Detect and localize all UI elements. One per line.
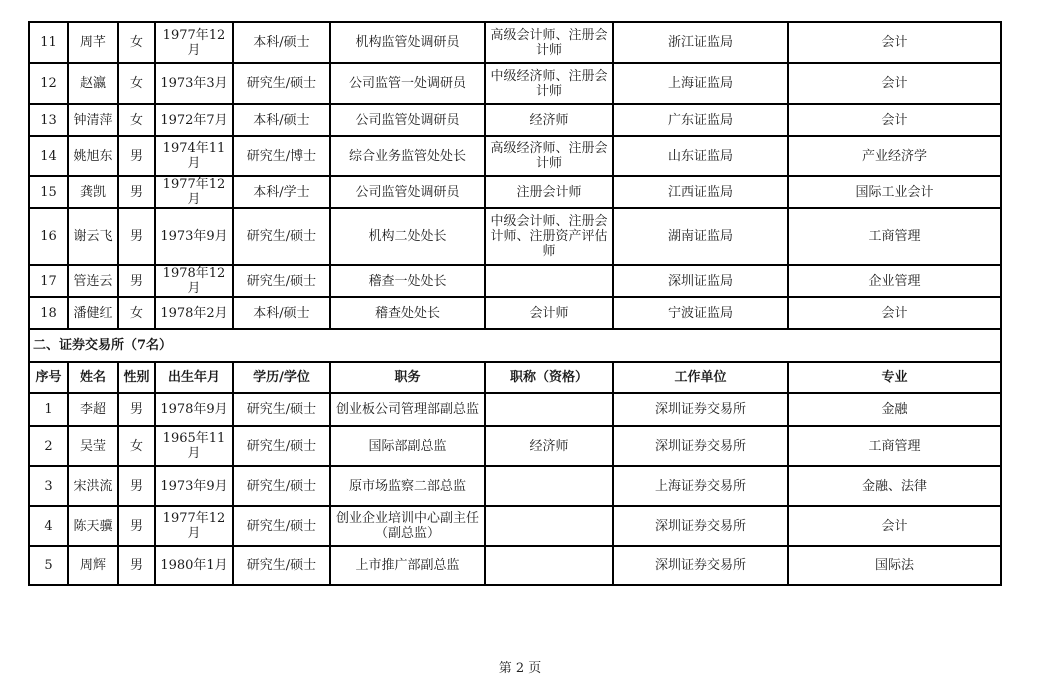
cell-birth: 1977年12月: [155, 22, 233, 63]
cell-position: 国际部副总监: [330, 426, 485, 466]
cell-education: 本科/硕士: [233, 297, 330, 329]
header-birth: 出生年月: [155, 362, 233, 393]
cell-unit: 深圳证券交易所: [613, 426, 788, 466]
cell-major: 金融: [788, 393, 1001, 426]
cell-unit: 广东证监局: [613, 104, 788, 136]
cell-name: 姚旭东: [68, 136, 118, 176]
cell-position: 稽查处处长: [330, 297, 485, 329]
page-number: 第 2 页: [0, 657, 1040, 676]
section-title-row: 二、证券交易所（7名）: [29, 329, 1001, 362]
cell-position: 原市场监察二部总监: [330, 466, 485, 506]
table-row: 18 潘健红 女 1978年2月 本科/硕士 稽查处处长 会计师 宁波证监局 会…: [29, 297, 1001, 329]
cell-major: 会计: [788, 104, 1001, 136]
cell-birth: 1978年9月: [155, 393, 233, 426]
cell-no: 5: [29, 546, 68, 585]
cell-no: 11: [29, 22, 68, 63]
section-title: 二、证券交易所（7名）: [29, 329, 1001, 362]
cell-birth: 1978年2月: [155, 297, 233, 329]
cell-title: 高级会计师、注册会计师: [485, 22, 613, 63]
cell-name: 李超: [68, 393, 118, 426]
header-unit: 工作单位: [613, 362, 788, 393]
cell-position: 公司监管处调研员: [330, 176, 485, 208]
cell-birth: 1980年1月: [155, 546, 233, 585]
cell-position: 公司监管一处调研员: [330, 63, 485, 104]
cell-birth: 1973年9月: [155, 208, 233, 265]
cell-major: 会计: [788, 63, 1001, 104]
cell-unit: 深圳证监局: [613, 265, 788, 297]
header-name: 姓名: [68, 362, 118, 393]
cell-position: 稽查一处处长: [330, 265, 485, 297]
cell-position: 机构二处处长: [330, 208, 485, 265]
cell-gender: 男: [118, 506, 155, 546]
cell-birth: 1974年11月: [155, 136, 233, 176]
cell-title: 注册会计师: [485, 176, 613, 208]
table-row: 17 管连云 男 1978年12月 研究生/硕士 稽查一处处长 深圳证监局 企业…: [29, 265, 1001, 297]
header-major: 专业: [788, 362, 1001, 393]
cell-gender: 女: [118, 104, 155, 136]
cell-no: 18: [29, 297, 68, 329]
cell-position: 公司监管处调研员: [330, 104, 485, 136]
cell-major: 产业经济学: [788, 136, 1001, 176]
cell-birth: 1977年12月: [155, 176, 233, 208]
cell-gender: 男: [118, 176, 155, 208]
cell-name: 周芊: [68, 22, 118, 63]
cell-education: 研究生/硕士: [233, 393, 330, 426]
cell-major: 工商管理: [788, 208, 1001, 265]
cell-major: 国际工业会计: [788, 176, 1001, 208]
cell-position: 综合业务监管处处长: [330, 136, 485, 176]
cell-education: 本科/硕士: [233, 22, 330, 63]
cell-education: 本科/硕士: [233, 104, 330, 136]
cell-birth: 1977年12月: [155, 506, 233, 546]
cell-name: 宋洪流: [68, 466, 118, 506]
cell-education: 研究生/硕士: [233, 63, 330, 104]
cell-position: 创业板公司管理部副总监: [330, 393, 485, 426]
cell-title: 中级会计师、注册会计师、注册资产评估师: [485, 208, 613, 265]
cell-unit: 深圳证券交易所: [613, 393, 788, 426]
cell-major: 会计: [788, 22, 1001, 63]
cell-title: [485, 506, 613, 546]
table-row: 3 宋洪流 男 1973年9月 研究生/硕士 原市场监察二部总监 上海证券交易所…: [29, 466, 1001, 506]
cell-unit: 浙江证监局: [613, 22, 788, 63]
header-gender: 性别: [118, 362, 155, 393]
table-row: 14 姚旭东 男 1974年11月 研究生/博士 综合业务监管处处长 高级经济师…: [29, 136, 1001, 176]
cell-title: 高级经济师、注册会计师: [485, 136, 613, 176]
header-position: 职务: [330, 362, 485, 393]
cell-title: [485, 265, 613, 297]
cell-no: 4: [29, 506, 68, 546]
header-no: 序号: [29, 362, 68, 393]
table-row: 1 李超 男 1978年9月 研究生/硕士 创业板公司管理部副总监 深圳证券交易…: [29, 393, 1001, 426]
cell-gender: 女: [118, 297, 155, 329]
cell-major: 企业管理: [788, 265, 1001, 297]
cell-gender: 女: [118, 63, 155, 104]
cell-gender: 女: [118, 22, 155, 63]
cell-name: 吴莹: [68, 426, 118, 466]
cell-gender: 女: [118, 426, 155, 466]
cell-name: 周辉: [68, 546, 118, 585]
cell-birth: 1972年7月: [155, 104, 233, 136]
cell-title: 会计师: [485, 297, 613, 329]
cell-no: 13: [29, 104, 68, 136]
cell-title: [485, 466, 613, 506]
cell-unit: 宁波证监局: [613, 297, 788, 329]
cell-no: 14: [29, 136, 68, 176]
cell-major: 国际法: [788, 546, 1001, 585]
cell-major: 会计: [788, 297, 1001, 329]
cell-birth: 1973年3月: [155, 63, 233, 104]
cell-no: 2: [29, 426, 68, 466]
cell-no: 16: [29, 208, 68, 265]
table-row: 16 谢云飞 男 1973年9月 研究生/硕士 机构二处处长 中级会计师、注册会…: [29, 208, 1001, 265]
cell-no: 15: [29, 176, 68, 208]
cell-unit: 深圳证券交易所: [613, 546, 788, 585]
cell-education: 研究生/硕士: [233, 265, 330, 297]
cell-name: 潘健红: [68, 297, 118, 329]
table-row: 13 钟清萍 女 1972年7月 本科/硕士 公司监管处调研员 经济师 广东证监…: [29, 104, 1001, 136]
cell-gender: 男: [118, 546, 155, 585]
cell-major: 金融、法律: [788, 466, 1001, 506]
cell-major: 会计: [788, 506, 1001, 546]
cell-gender: 男: [118, 466, 155, 506]
table-row: 12 赵瀛 女 1973年3月 研究生/硕士 公司监管一处调研员 中级经济师、注…: [29, 63, 1001, 104]
cell-title: [485, 546, 613, 585]
cell-education: 研究生/硕士: [233, 506, 330, 546]
cell-education: 研究生/硕士: [233, 426, 330, 466]
personnel-table: 11 周芊 女 1977年12月 本科/硕士 机构监管处调研员 高级会计师、注册…: [28, 21, 1002, 586]
cell-name: 龚凯: [68, 176, 118, 208]
header-title: 职称（资格）: [485, 362, 613, 393]
table-header-row: 序号 姓名 性别 出生年月 学历/学位 职务 职称（资格） 工作单位 专业: [29, 362, 1001, 393]
table-row: 2 吴莹 女 1965年11月 研究生/硕士 国际部副总监 经济师 深圳证券交易…: [29, 426, 1001, 466]
cell-title: [485, 393, 613, 426]
cell-unit: 上海证券交易所: [613, 466, 788, 506]
table-row: 5 周辉 男 1980年1月 研究生/硕士 上市推广部副总监 深圳证券交易所 国…: [29, 546, 1001, 585]
cell-position: 创业企业培训中心副主任（副总监）: [330, 506, 485, 546]
cell-education: 本科/学士: [233, 176, 330, 208]
cell-birth: 1965年11月: [155, 426, 233, 466]
cell-unit: 深圳证券交易所: [613, 506, 788, 546]
cell-unit: 山东证监局: [613, 136, 788, 176]
cell-name: 谢云飞: [68, 208, 118, 265]
cell-major: 工商管理: [788, 426, 1001, 466]
table-row: 4 陈天骥 男 1977年12月 研究生/硕士 创业企业培训中心副主任（副总监）…: [29, 506, 1001, 546]
cell-name: 赵瀛: [68, 63, 118, 104]
cell-no: 12: [29, 63, 68, 104]
cell-education: 研究生/博士: [233, 136, 330, 176]
cell-unit: 湖南证监局: [613, 208, 788, 265]
cell-education: 研究生/硕士: [233, 466, 330, 506]
cell-birth: 1973年9月: [155, 466, 233, 506]
cell-position: 上市推广部副总监: [330, 546, 485, 585]
cell-position: 机构监管处调研员: [330, 22, 485, 63]
cell-title: 经济师: [485, 104, 613, 136]
cell-no: 17: [29, 265, 68, 297]
cell-education: 研究生/硕士: [233, 546, 330, 585]
cell-gender: 男: [118, 265, 155, 297]
cell-gender: 男: [118, 208, 155, 265]
cell-gender: 男: [118, 136, 155, 176]
cell-name: 钟清萍: [68, 104, 118, 136]
cell-gender: 男: [118, 393, 155, 426]
table-row: 11 周芊 女 1977年12月 本科/硕士 机构监管处调研员 高级会计师、注册…: [29, 22, 1001, 63]
header-education: 学历/学位: [233, 362, 330, 393]
cell-unit: 江西证监局: [613, 176, 788, 208]
cell-no: 1: [29, 393, 68, 426]
cell-education: 研究生/硕士: [233, 208, 330, 265]
cell-no: 3: [29, 466, 68, 506]
cell-title: 经济师: [485, 426, 613, 466]
cell-unit: 上海证监局: [613, 63, 788, 104]
cell-title: 中级经济师、注册会计师: [485, 63, 613, 104]
cell-birth: 1978年12月: [155, 265, 233, 297]
cell-name: 管连云: [68, 265, 118, 297]
cell-name: 陈天骥: [68, 506, 118, 546]
table-row: 15 龚凯 男 1977年12月 本科/学士 公司监管处调研员 注册会计师 江西…: [29, 176, 1001, 208]
